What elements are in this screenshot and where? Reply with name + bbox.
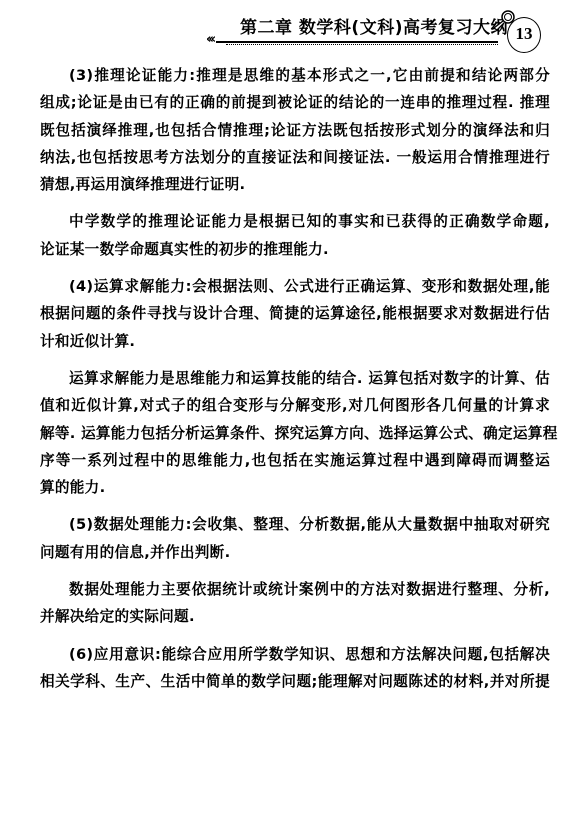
- text-line: 纳法,也包括按思考方法划分的直接证法和间接证法. 一般运用合情推理进行: [40, 144, 550, 171]
- text-line: 问题有用的信息,并作出判断.: [40, 539, 550, 566]
- text-line: 中学数学的推理论证能力是根据已知的事实和已获得的正确数学命题,: [40, 208, 550, 235]
- arrows-decoration-icon: ‹‹‹: [206, 33, 213, 46]
- text-line: 并解决给定的实际问题.: [40, 603, 550, 630]
- paragraph-reasoning-ability: (3)推理论证能力:推理是思维的基本形式之一,它由前提和结论两部分 组成;论证是…: [40, 62, 550, 198]
- paragraph-reasoning-definition: 中学数学的推理论证能力是根据已知的事实和已获得的正确数学命题, 论证某一数学命题…: [40, 208, 550, 263]
- paragraph-computation-definition: 运算求解能力是思维能力和运算技能的结合. 运算包括对数字的计算、估 值和近似计算…: [40, 365, 550, 501]
- text-line: 值和近似计算,对式子的组合变形与分解变形,对几何图形各几何量的计算求: [40, 392, 550, 419]
- text-line: 既包括演绎推理,也包括合情推理;论证方法既包括按形式划分的演绎法和归: [40, 117, 550, 144]
- document-body: (3)推理论证能力:推理是思维的基本形式之一,它由前提和结论两部分 组成;论证是…: [40, 62, 550, 695]
- text-line: 论证某一数学命题真实性的初步的推理能力.: [40, 236, 550, 263]
- text-line: 组成;论证是由已有的正确的前提到被论证的结论的一连串的推理过程. 推理: [40, 89, 550, 116]
- text-line: 算的能力.: [40, 474, 550, 501]
- paragraph-application-awareness: (6)应用意识:能综合应用所学数学知识、思想和方法解决问题,包括解决 相关学科、…: [40, 641, 550, 696]
- text-line: (4)运算求解能力:会根据法则、公式进行正确运算、变形和数据处理,能: [40, 273, 550, 300]
- header-rule: [216, 41, 498, 43]
- header-dotted-rule: [226, 44, 498, 45]
- text-line: 序等一系列过程中的思维能力,也包括在实施运算过程中遇到障碍而调整运: [40, 447, 550, 474]
- paragraph-data-processing-definition: 数据处理能力主要依据统计或统计案例中的方法对数据进行整理、分析, 并解决给定的实…: [40, 576, 550, 631]
- text-line: 运算求解能力是思维能力和运算技能的结合. 运算包括对数字的计算、估: [40, 365, 550, 392]
- text-line: (3)推理论证能力:推理是思维的基本形式之一,它由前提和结论两部分: [40, 62, 550, 89]
- paragraph-computation-ability: (4)运算求解能力:会根据法则、公式进行正确运算、变形和数据处理,能 根据问题的…: [40, 273, 550, 355]
- page-number: 13: [511, 24, 537, 44]
- paragraph-data-processing-ability: (5)数据处理能力:会收集、整理、分析数据,能从大量数据中抽取对研究 问题有用的…: [40, 511, 550, 566]
- text-line: 相关学科、生产、生活中简单的数学问题;能理解对问题陈述的材料,并对所提: [40, 668, 550, 695]
- text-line: 根据问题的条件寻找与设计合理、简捷的运算途径,能根据要求对数据进行估: [40, 300, 550, 327]
- chapter-title: 第二章 数学科(文科)高考复习大纲: [240, 17, 508, 39]
- text-line: (5)数据处理能力:会收集、整理、分析数据,能从大量数据中抽取对研究: [40, 511, 550, 538]
- text-line: 猜想,再运用演绎推理进行证明.: [40, 171, 550, 198]
- page-header: ‹‹‹ 第二章 数学科(文科)高考复习大纲 13: [0, 0, 580, 60]
- text-line: 解等. 运算能力包括分析运算条件、探究运算方向、选择运算公式、确定运算程: [40, 420, 550, 447]
- text-line: 数据处理能力主要依据统计或统计案例中的方法对数据进行整理、分析,: [40, 576, 550, 603]
- text-line: (6)应用意识:能综合应用所学数学知识、思想和方法解决问题,包括解决: [40, 641, 550, 668]
- text-line: 计和近似计算.: [40, 328, 550, 355]
